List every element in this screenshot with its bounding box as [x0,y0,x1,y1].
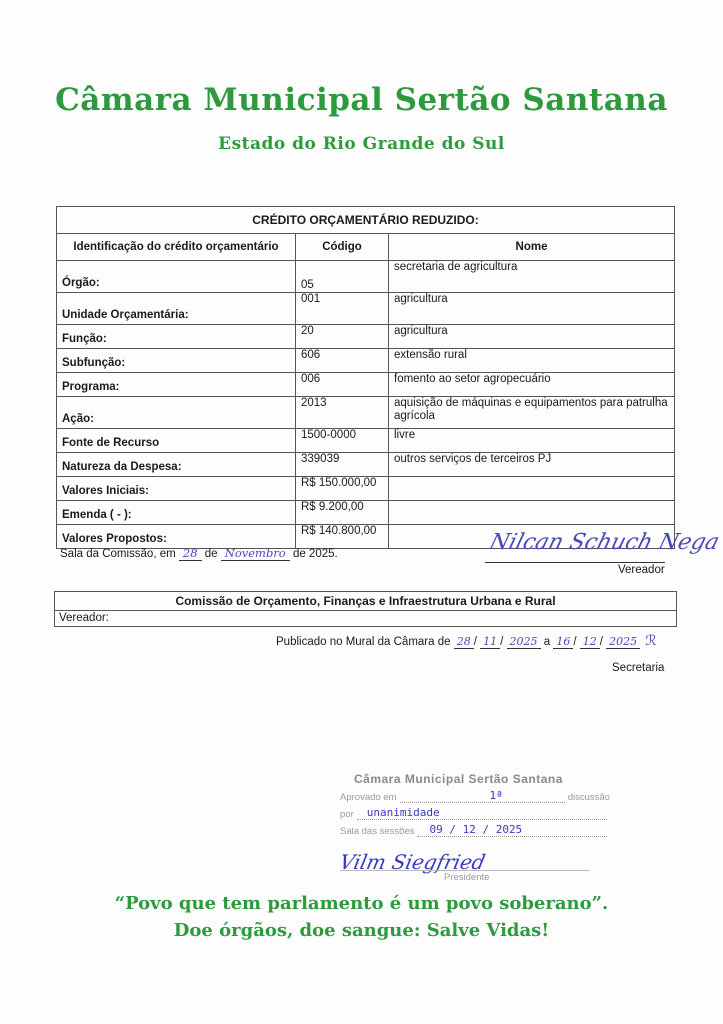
row-label: Programa: [57,373,296,397]
table-row: Valores Iniciais: R$ 150.000,00 [57,477,675,501]
row-code: 339039 [296,453,389,477]
stamp-title: Câmara Municipal Sertão Santana [354,772,610,786]
president-signature-line [340,870,590,871]
table-row: Programa: 006 fomento ao setor agropecuá… [57,373,675,397]
stamp-approved-prefix: Aprovado em [340,792,397,803]
approval-stamp: Câmara Municipal Sertão Santana Aprovado… [340,772,610,837]
publication-prefix: Publicado no Mural da Câmara de [276,636,451,648]
row-name: fomento ao setor agropecuário [389,373,675,397]
table-row: Subfunção: 606 extensão rural [57,349,675,373]
table-row: Unidade Orçamentária: 001 agricultura [57,293,675,325]
stamp-approved-suffix: discussão [568,792,610,803]
row-label: Valores Propostos: [57,525,296,549]
stamp-by-line: por unanimidade [340,807,610,820]
col-header-code: Código [296,234,389,261]
row-label: Função: [57,325,296,349]
row-code: 001 [296,293,389,325]
table-row: Ação: 2013 aquisição de máquinas e equip… [57,397,675,429]
stamp-by-value: unanimidade [367,806,440,819]
row-code: 05 [296,261,389,293]
row-label: Unidade Orçamentária: [57,293,296,325]
stamp-approved-line: Aprovado em 1ª discussão [340,790,610,803]
row-code: R$ 150.000,00 [296,477,389,501]
row-label: Emenda ( - ): [57,501,296,525]
motto-sovereign-people: “Povo que tem parlamento é um povo sober… [0,893,723,914]
row-name: secretaria de agricultura [389,261,675,293]
pub-to-month: 12 [580,635,600,649]
state-subtitle: Estado do Rio Grande do Sul [0,134,723,154]
row-name: agricultura [389,325,675,349]
row-code: 006 [296,373,389,397]
sala-year: de 2025. [293,548,338,560]
row-code: R$ 140.800,00 [296,525,389,549]
commission-title: Comissão de Orçamento, Finanças e Infrae… [55,592,676,611]
row-name: aquisição de máquinas e equipamentos par… [389,397,675,429]
pub-to-year: 2025 [606,635,640,649]
row-code: 606 [296,349,389,373]
stamp-session-line: Sala das sessões 09 / 12 / 2025 [340,824,610,837]
commission-box: Comissão de Orçamento, Finanças e Infrae… [54,591,677,627]
pub-from-month: 11 [480,635,500,649]
table-caption: CRÉDITO ORÇAMENTÁRIO REDUZIDO: [57,207,675,234]
table-row: Natureza da Despesa: 339039 outros servi… [57,453,675,477]
commission-vereador-label: Vereador: [55,611,676,626]
publication-line: Publicado no Mural da Câmara de 28/ 11/ … [276,632,656,649]
row-name [389,477,675,501]
vereador-signature: Nilcan Schuch Nega [487,530,722,555]
signature-line [485,562,665,563]
handwritten-day: 28 [179,546,202,561]
sala-prefix: Sala da Comissão, em [60,548,176,560]
table-row: Emenda ( - ): R$ 9.200,00 [57,501,675,525]
row-code: R$ 9.200,00 [296,501,389,525]
rubric-mark-icon: ℛ [645,632,656,648]
row-name: extensão rural [389,349,675,373]
motto-donate: Doe órgãos, doe sangue: Salve Vidas! [0,920,723,941]
row-name: outros serviços de terceiros PJ [389,453,675,477]
pub-to-day: 16 [553,635,573,649]
sala-of: de [205,548,218,560]
table-row: Fonte de Recurso 1500-0000 livre [57,429,675,453]
row-code: 20 [296,325,389,349]
row-label: Natureza da Despesa: [57,453,296,477]
vereador-role-label: Vereador [618,564,665,576]
row-label: Subfunção: [57,349,296,373]
secretaria-label: Secretaria [612,662,664,674]
row-code: 2013 [296,397,389,429]
publication-connector: a [544,636,550,648]
pub-from-day: 28 [454,635,474,649]
row-label: Valores Iniciais: [57,477,296,501]
table-row: Função: 20 agricultura [57,325,675,349]
commission-date-line: Sala da Comissão, em 28 de Novembro de 2… [60,546,338,560]
col-header-name: Nome [389,234,675,261]
row-code: 1500-0000 [296,429,389,453]
stamp-approved-value: 1ª [490,789,503,802]
credit-table: CRÉDITO ORÇAMENTÁRIO REDUZIDO: Identific… [56,206,675,549]
row-label: Ação: [57,397,296,429]
row-name: agricultura [389,293,675,325]
stamp-session-date: 09 / 12 / 2025 [429,823,522,836]
council-title: Câmara Municipal Sertão Santana [0,82,723,118]
stamp-by-prefix: por [340,809,354,820]
pub-from-year: 2025 [507,635,541,649]
col-header-identification: Identificação do crédito orçamentário [57,234,296,261]
row-label: Fonte de Recurso [57,429,296,453]
row-name: livre [389,429,675,453]
row-label: Órgão: [57,261,296,293]
president-label: Presidente [444,872,489,883]
row-name [389,501,675,525]
stamp-session-prefix: Sala das sessões [340,826,414,837]
handwritten-month: Novembro [221,546,290,561]
table-row: Órgão: 05 secretaria de agricultura [57,261,675,293]
